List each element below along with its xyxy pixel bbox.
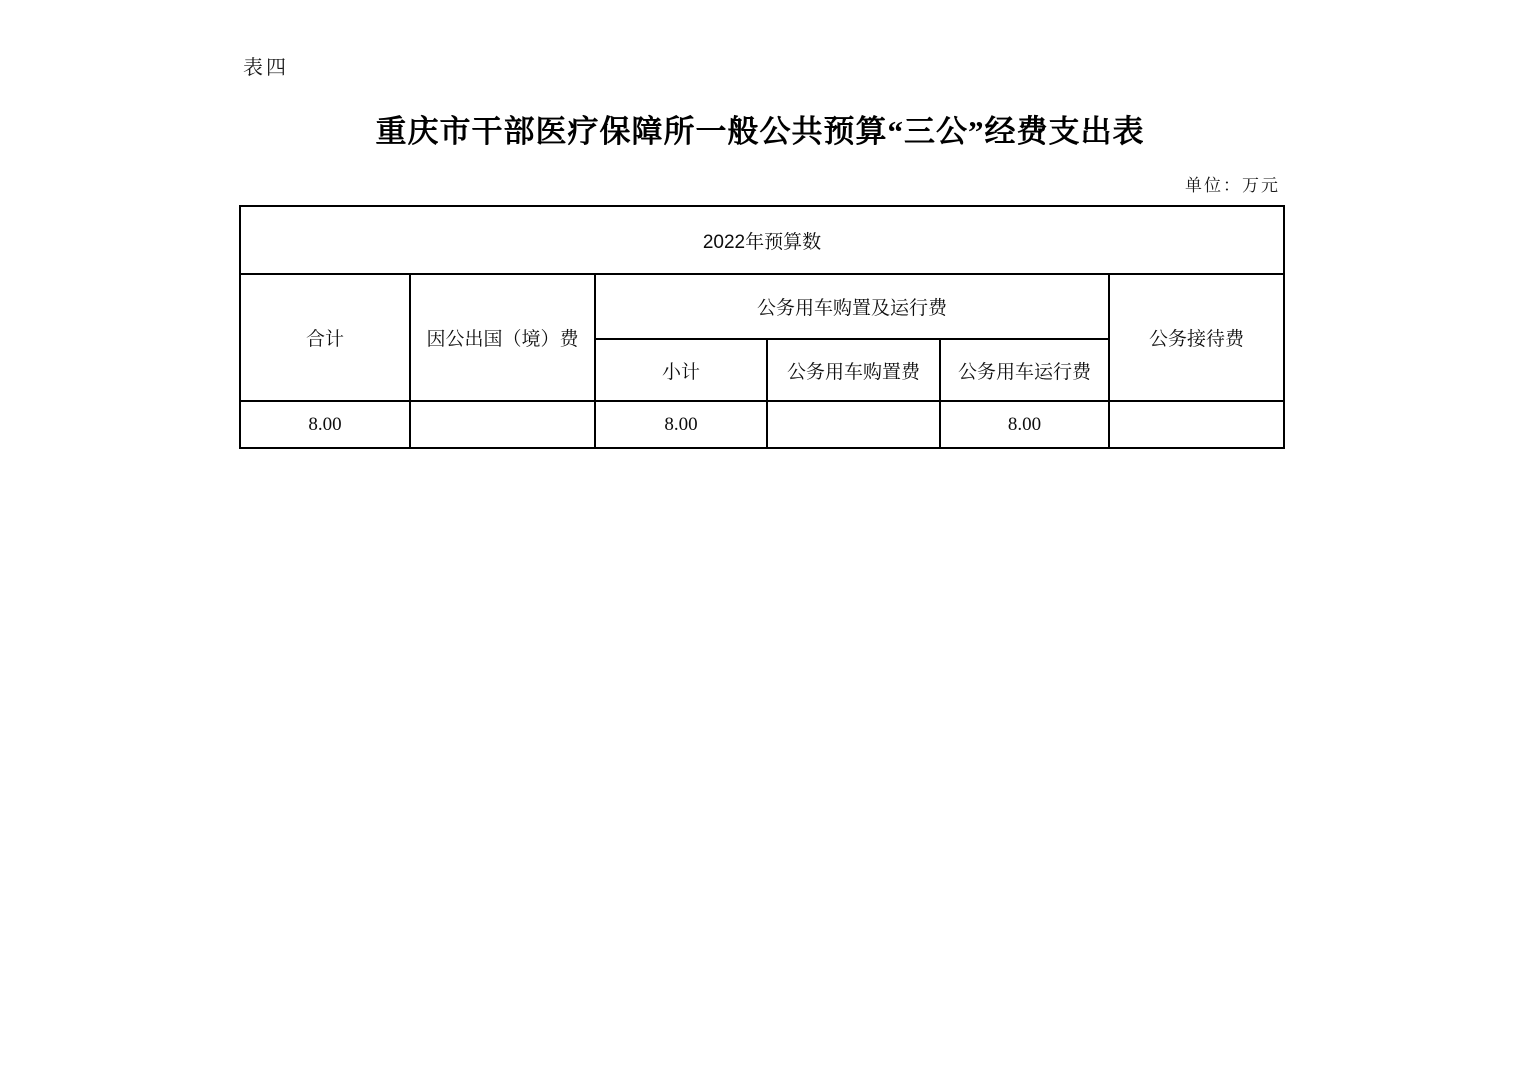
cell-total: 8.00 <box>240 401 410 448</box>
col-header-abroad: 因公出国（境）费 <box>410 274 595 401</box>
col-header-total: 合计 <box>240 274 410 401</box>
cell-vehicle-operation: 8.00 <box>940 401 1109 448</box>
col-header-reception: 公务接待费 <box>1109 274 1284 401</box>
year-header-row: 2022年预算数 <box>240 206 1284 274</box>
cell-vehicle-purchase <box>767 401 940 448</box>
cell-reception <box>1109 401 1284 448</box>
cell-abroad <box>410 401 595 448</box>
unit-note: 单位：万元 <box>1185 171 1280 196</box>
table-label: 表四 <box>243 51 289 80</box>
col-header-vehicle-operation: 公务用车运行费 <box>940 339 1109 401</box>
column-header-row-top: 合计 因公出国（境）费 公务用车购置及运行费 公务接待费 <box>240 274 1284 339</box>
document-page: 表四 重庆市干部医疗保障所一般公共预算“三公”经费支出表 单位：万元 2022年… <box>0 0 1520 1074</box>
year-header-cell: 2022年预算数 <box>240 206 1284 274</box>
page-title: 重庆市干部医疗保障所一般公共预算“三公”经费支出表 <box>0 106 1520 151</box>
table-row: 8.00 8.00 8.00 <box>240 401 1284 448</box>
cell-vehicle-subtotal: 8.00 <box>595 401 767 448</box>
col-header-vehicle-subtotal: 小计 <box>595 339 767 401</box>
col-header-vehicle-purchase: 公务用车购置费 <box>767 339 940 401</box>
budget-table: 2022年预算数 合计 因公出国（境）费 公务用车购置及运行费 公务接待费 小计… <box>239 205 1285 449</box>
col-header-vehicle-group: 公务用车购置及运行费 <box>595 274 1109 339</box>
